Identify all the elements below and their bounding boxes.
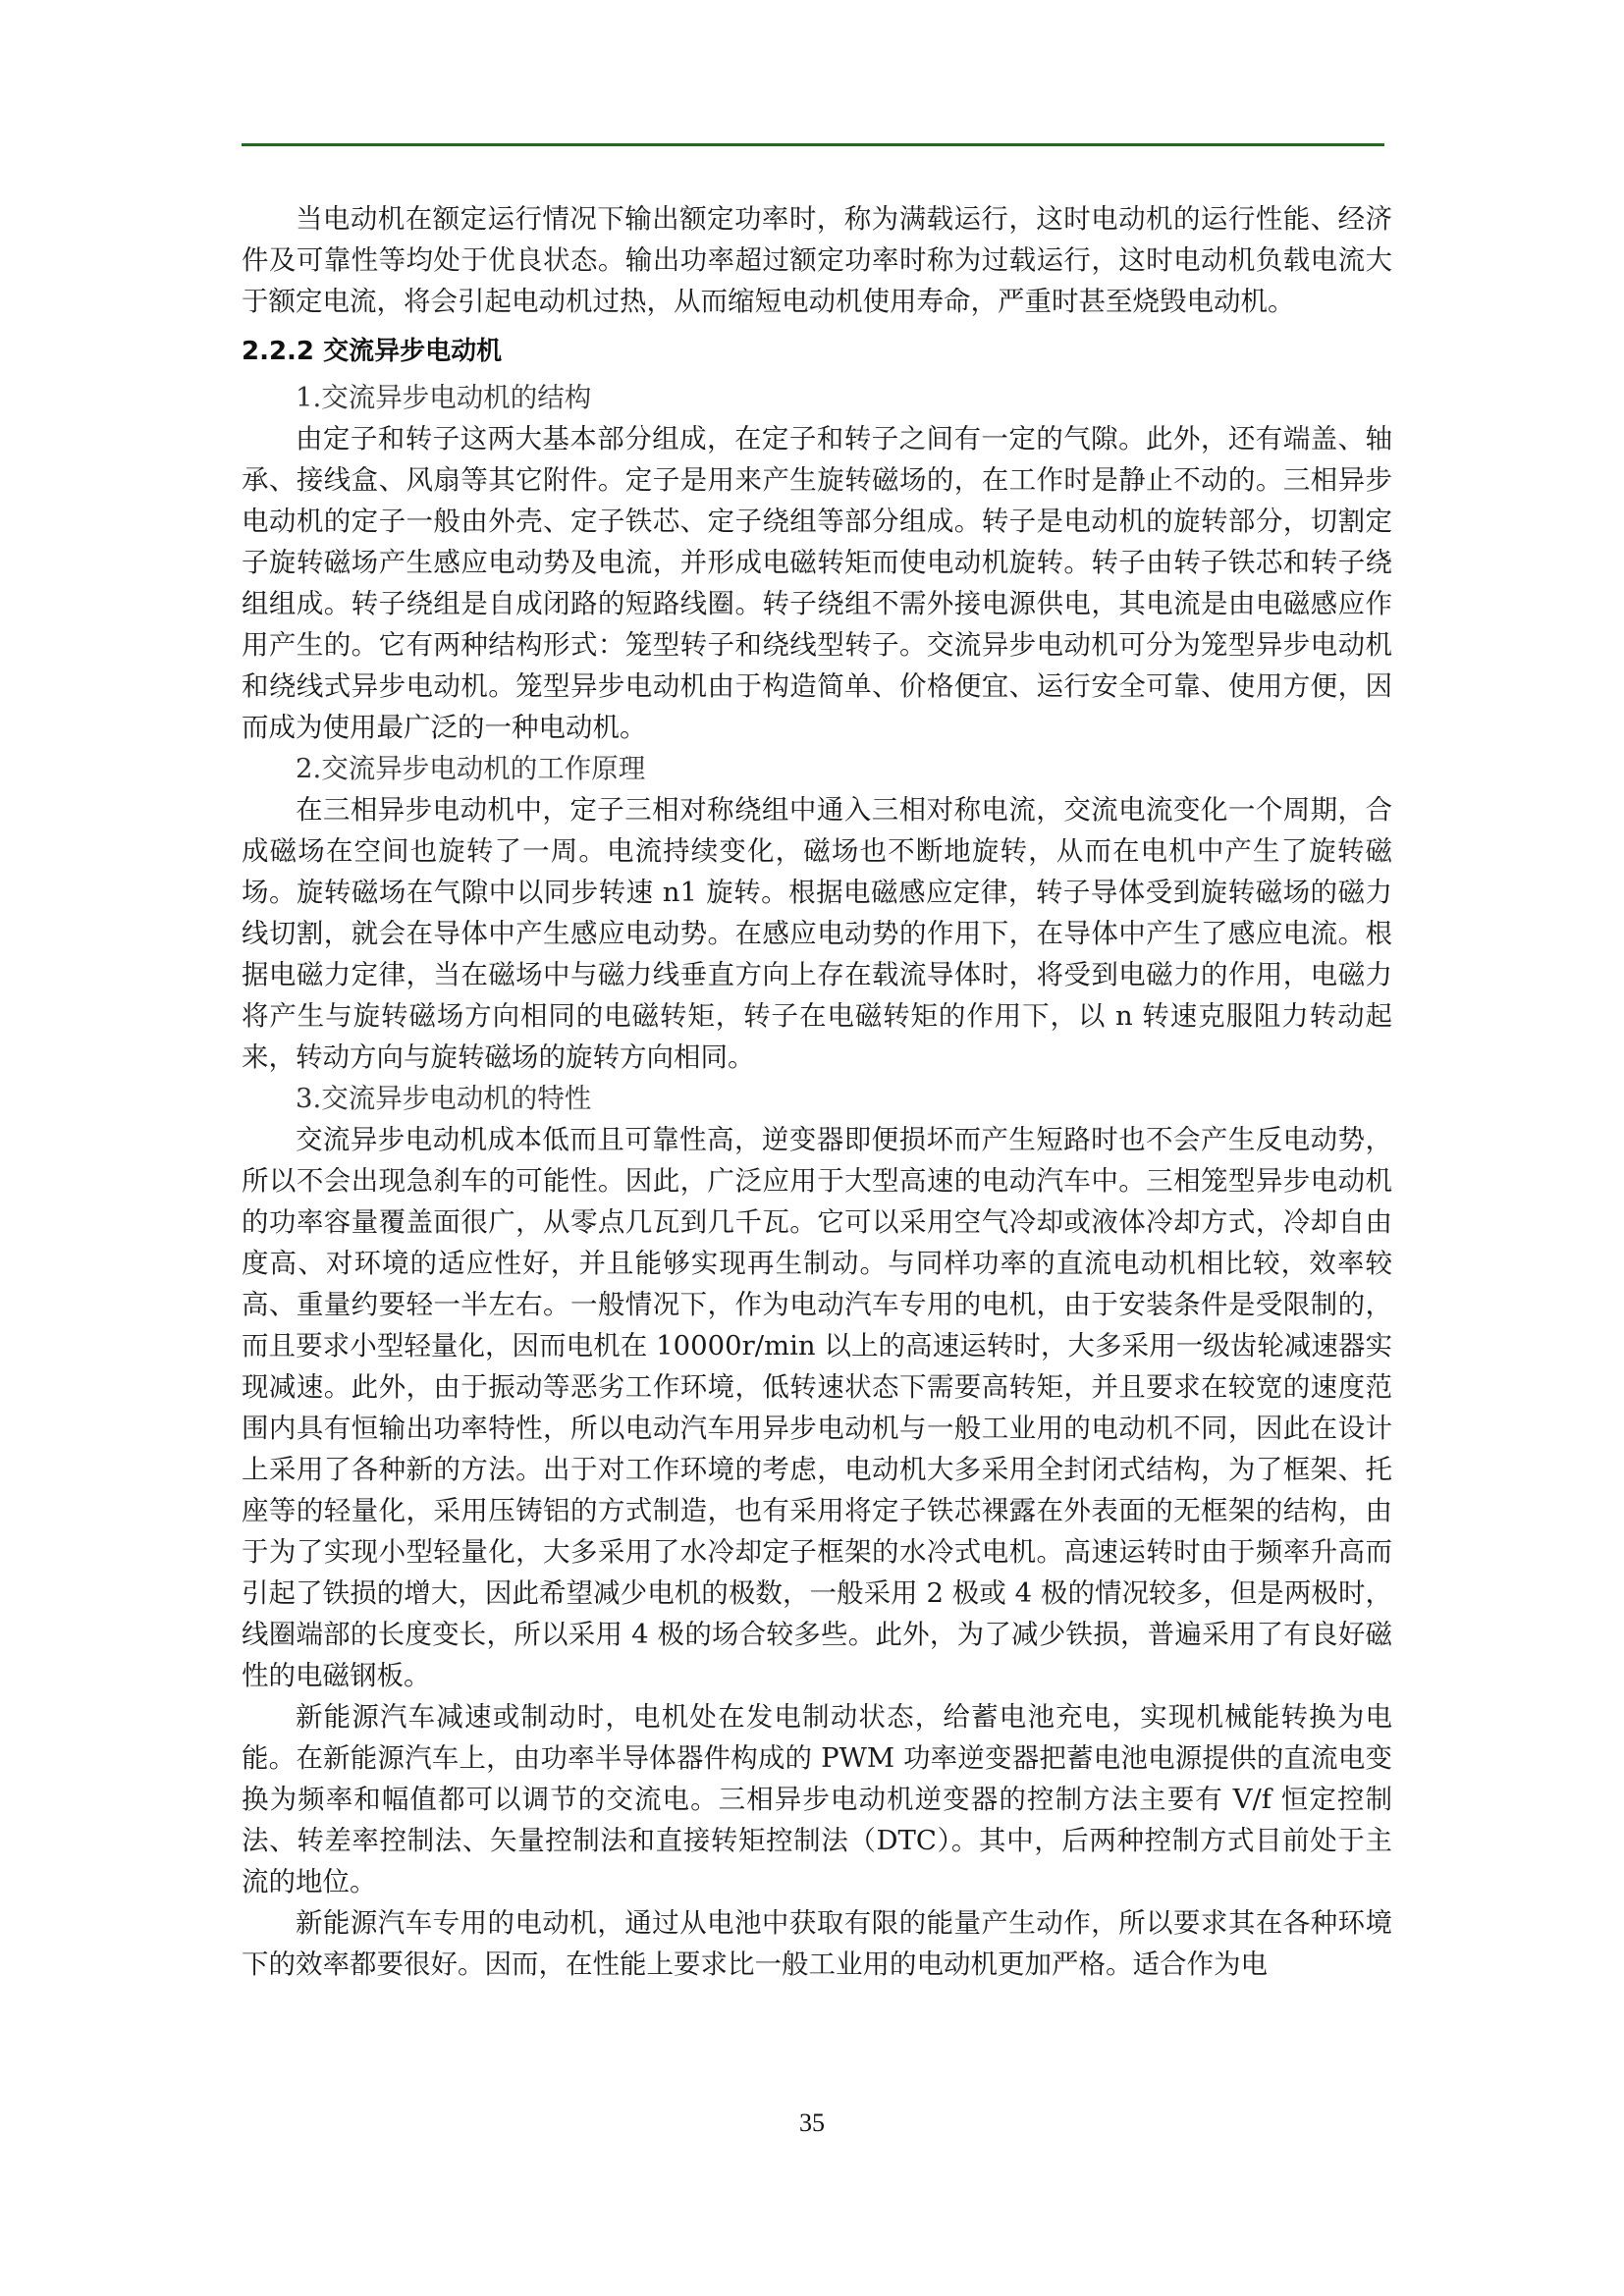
section-heading: 2.2.2 交流异步电动机 xyxy=(242,330,1392,373)
page-number: 35 xyxy=(0,2109,1624,2138)
subsection-title-characteristics: 3.交流异步电动机的特性 xyxy=(242,1078,1392,1119)
paragraph-full-load: 当电动机在额定运行情况下输出额定功率时，称为满载运行，这时电动机的运行性能、经济… xyxy=(242,198,1392,322)
paragraph-principle: 在三相异步电动机中，定子三相对称绕组中通入三相对称电流，交流电流变化一个周期，合… xyxy=(242,789,1392,1078)
header-rule xyxy=(242,143,1384,146)
paragraph-regenerative-braking: 新能源汽车减速或制动时，电机处在发电制动状态，给蓄电池充电，实现机械能转换为电能… xyxy=(242,1696,1392,1902)
paragraph-characteristics: 交流异步电动机成本低而且可靠性高，逆变器即便损坏而产生短路时也不会产生反电动势，… xyxy=(242,1119,1392,1696)
subsection-title-principle: 2.交流异步电动机的工作原理 xyxy=(242,748,1392,789)
paragraph-ev-motor-requirements: 新能源汽车专用的电动机，通过从电池中获取有限的能量产生动作，所以要求其在各种环境… xyxy=(242,1902,1392,1985)
paragraph-structure: 由定子和转子这两大基本部分组成，在定子和转子之间有一定的气隙。此外，还有端盖、轴… xyxy=(242,418,1392,748)
body-text: 当电动机在额定运行情况下输出额定功率时，称为满载运行，这时电动机的运行性能、经济… xyxy=(242,198,1392,1985)
subsection-title-structure: 1.交流异步电动机的结构 xyxy=(242,377,1392,418)
document-page: 当电动机在额定运行情况下输出额定功率时，称为满载运行，这时电动机的运行性能、经济… xyxy=(0,0,1624,2296)
